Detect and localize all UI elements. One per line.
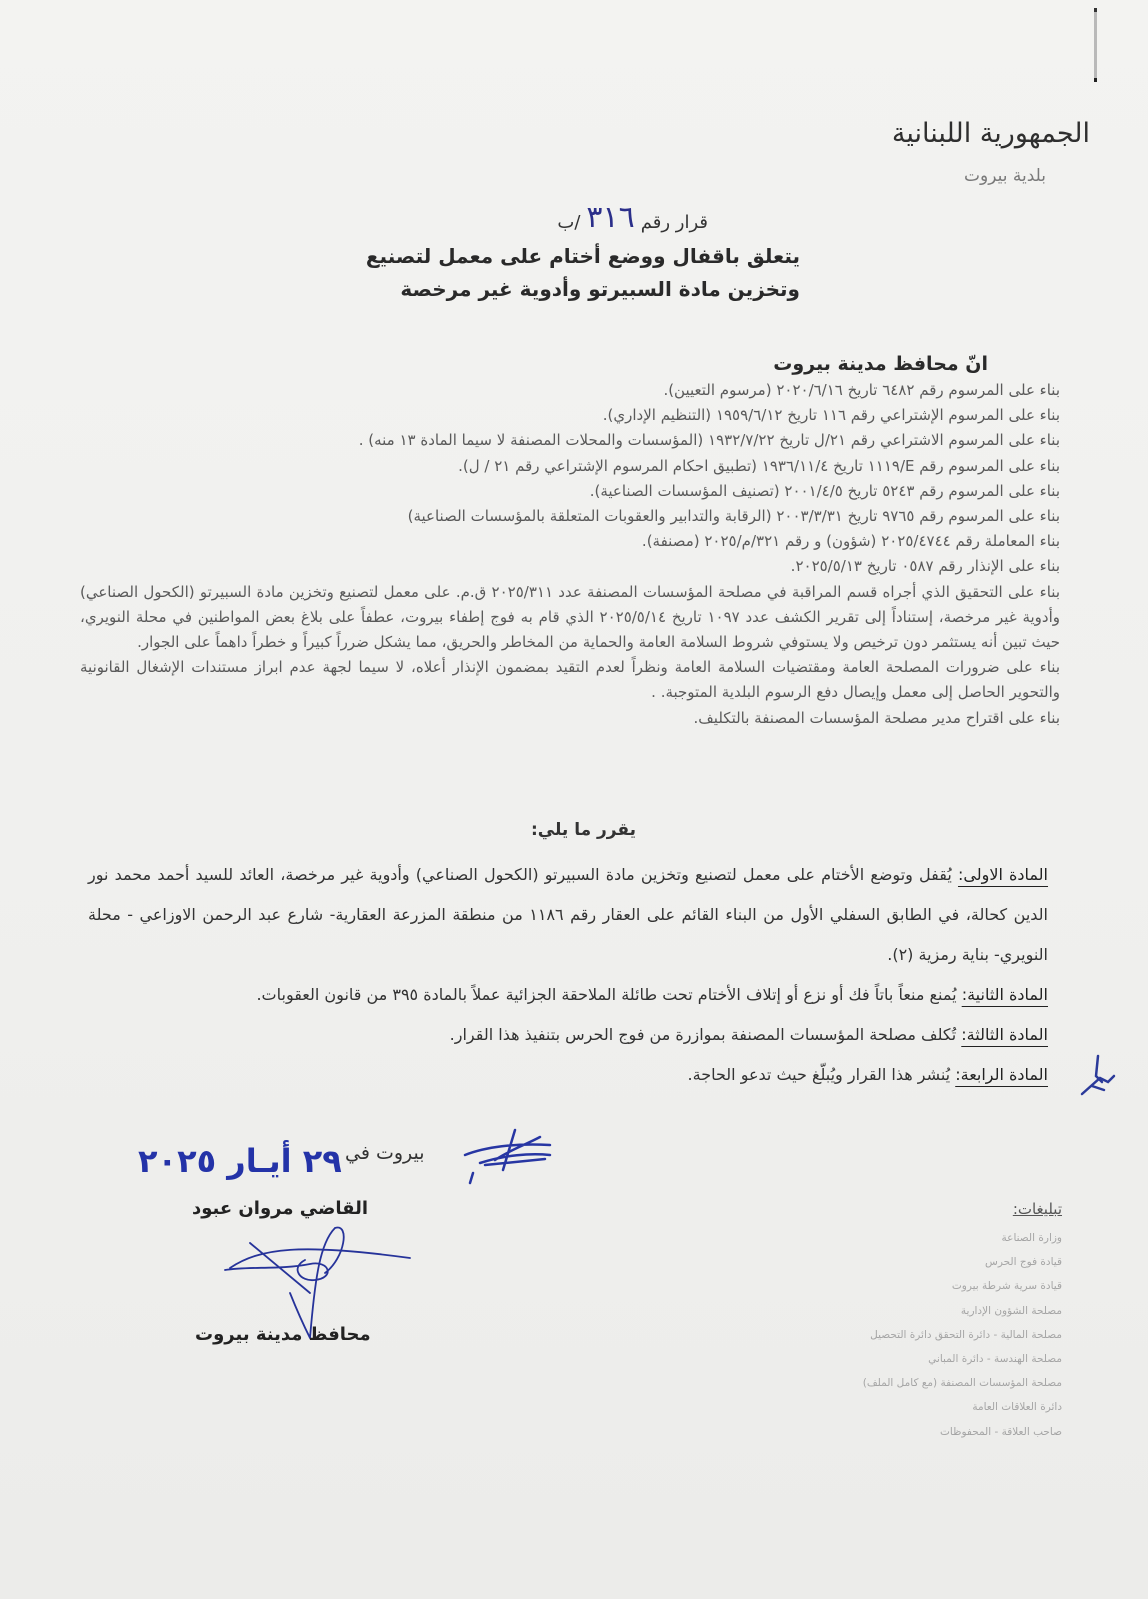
recital: بناء على الإنذار رقم ٠٥٨٧ تاريخ ٢٠٢٥/٥/١…	[80, 554, 1060, 579]
page-edge-mark	[1094, 8, 1097, 82]
recital: بناء على المرسوم رقم ٥٢٤٣ تاريخ ٢٠٠١/٤/٥…	[80, 479, 1060, 504]
article-2: المادة الثانية: يُمنع منعاً باتاً فك أو …	[88, 975, 1048, 1015]
recital: بناء على المرسوم الاشتراعي رقم ٢١/ل تاري…	[80, 428, 1060, 453]
recital: بناء على المرسوم الإشتراعي رقم ١١٦ تاريخ…	[80, 403, 1060, 428]
notification-recipient: وزارة الصناعة	[863, 1226, 1062, 1250]
article-text: يُقفل وتوضع الأختام على معمل لتصنيع وتخز…	[88, 865, 1048, 964]
notification-recipient: قيادة فوج الحرس	[863, 1250, 1062, 1274]
article-label: المادة الاولى:	[958, 865, 1048, 884]
margin-initial-signature-icon	[1078, 1052, 1118, 1098]
article-label: المادة الثانية:	[962, 985, 1048, 1004]
initial-signature-icon	[455, 1125, 560, 1200]
signatory-name: القاضي مروان عبود	[192, 1198, 368, 1219]
notification-recipient: صاحب العلاقة - المحفوظات	[863, 1420, 1062, 1444]
article-3: المادة الثالثة: تُكلف مصلحة المؤسسات الم…	[88, 1015, 1048, 1055]
notification-recipient: مصلحة المؤسسات المصنفة (مع كامل الملف)	[863, 1371, 1062, 1395]
article-text: يُنشر هذا القرار ويُبلّغ حيث تدعو الحاجة…	[688, 1065, 951, 1084]
recital: بناء على المرسوم رقم E/١١١٩ تاريخ ١٩٣٦/١…	[80, 454, 1060, 479]
signatory-title: محافظ مدينة بيروت	[195, 1324, 371, 1345]
subject-line: يتعلق باقفال ووضع أختام على معمل لتصنيع	[366, 240, 800, 273]
articles-list: المادة الاولى: يُقفل وتوضع الأختام على م…	[88, 855, 1048, 1095]
recitals-list: بناء على المرسوم رقم ٦٤٨٢ تاريخ ٢٠٢٠/٦/١…	[80, 378, 1060, 731]
letterhead-country: الجمهورية اللبنانية	[892, 118, 1090, 149]
notification-recipient: دائرة العلاقات العامة	[863, 1395, 1062, 1419]
notification-recipient: مصلحة الشؤون الإدارية	[863, 1299, 1062, 1323]
article-text: تُكلف مصلحة المؤسسات المصنفة بموازرة من …	[450, 1025, 957, 1044]
recital: بناء على المرسوم رقم ٩٧٦٥ تاريخ ٢٠٠٣/٣/٣…	[80, 504, 1060, 529]
notification-recipient: مصلحة المالية - دائرة التحقق دائرة التحص…	[863, 1323, 1062, 1347]
notifications-list: وزارة الصناعة قيادة فوج الحرس قيادة سرية…	[863, 1226, 1062, 1444]
signature-place-label: بيروت في	[345, 1142, 425, 1164]
notification-recipient: قيادة سرية شرطة بيروت	[863, 1274, 1062, 1298]
decision-number-line: قرار رقم ٣١٦ /ب	[557, 203, 708, 233]
recital: بناء المعاملة رقم ٢٠٢٥/٤٧٤٤ (شؤون) و رقم…	[80, 529, 1060, 554]
governor-intro: انّ محافظ مدينة بيروت	[773, 353, 988, 375]
article-text: يُمنع منعاً باتاً فك أو نزع أو إتلاف الأ…	[256, 985, 956, 1004]
recital: بناء على المرسوم رقم ٦٤٨٢ تاريخ ٢٠٢٠/٦/١…	[80, 378, 1060, 403]
recital: بناء على اقتراح مدير مصلحة المؤسسات المص…	[80, 706, 1060, 731]
decides-heading: يقرر ما يلي:	[531, 820, 636, 840]
notification-recipient: مصلحة الهندسة - دائرة المباني	[863, 1347, 1062, 1371]
letterhead-municipality: بلدية بيروت	[964, 166, 1046, 186]
decision-suffix: /ب	[557, 212, 580, 233]
subject-line: وتخزين مادة السبيرتو وأدوية غير مرخصة	[366, 273, 800, 306]
article-label: المادة الرابعة:	[955, 1065, 1048, 1084]
decision-subject: يتعلق باقفال ووضع أختام على معمل لتصنيع …	[366, 240, 800, 306]
article-4: المادة الرابعة: يُنشر هذا القرار ويُبلّغ…	[88, 1055, 1048, 1095]
decision-number-handwritten: ٣١٦	[586, 203, 634, 233]
article-label: المادة الثالثة:	[961, 1025, 1048, 1044]
article-1: المادة الاولى: يُقفل وتوضع الأختام على م…	[88, 855, 1048, 975]
signature-date-handwritten: ٢٩ أيـار ٢٠٢٥	[138, 1142, 342, 1180]
recital: بناء على التحقيق الذي أجراه قسم المراقبة…	[80, 580, 1060, 656]
notifications-title: تبليغات:	[1013, 1200, 1062, 1218]
recital: بناء على ضرورات المصلحة العامة ومقتضيات …	[80, 655, 1060, 705]
decision-prefix: قرار رقم	[641, 212, 708, 233]
